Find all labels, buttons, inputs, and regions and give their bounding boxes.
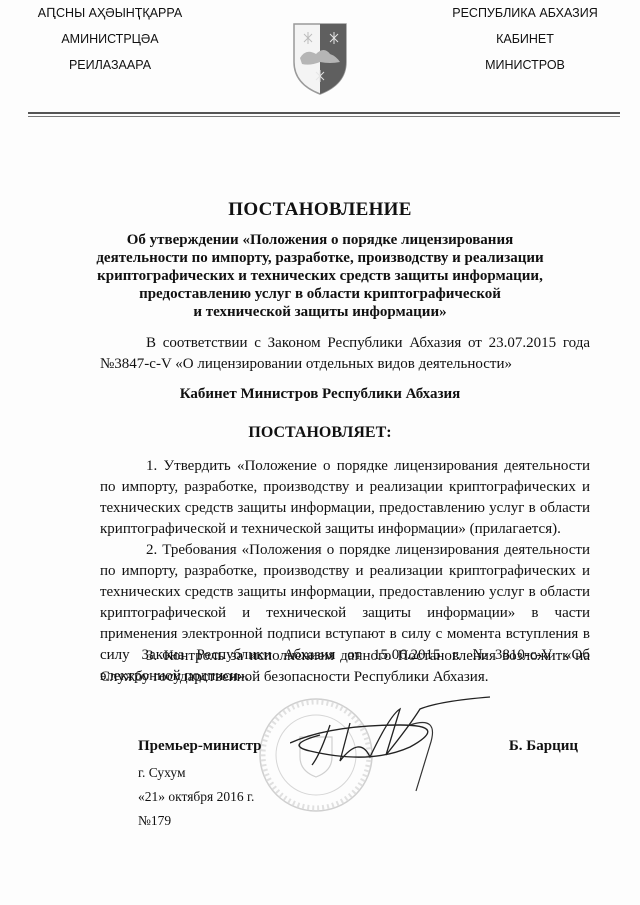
- document-number: №179: [138, 813, 171, 829]
- header-russian: РЕСПУБЛИКА АБХАЗИЯ КАБИНЕТ МИНИСТРОВ: [440, 5, 610, 83]
- subject-line: криптографических и технических средств …: [90, 267, 550, 285]
- document-subject: Об утверждении «Положения о порядке лице…: [90, 231, 550, 321]
- signatory-name: Б. Барциц: [509, 738, 578, 755]
- resolves-heading: ПОСТАНОВЛЯЕТ:: [0, 424, 640, 442]
- signature-icon: [290, 695, 510, 795]
- issuer: Кабинет Министров Республики Абхазия: [0, 386, 640, 403]
- preamble: В соответствии с Законом Республики Абха…: [100, 333, 590, 375]
- signatory-role: Премьер-министр: [138, 738, 262, 755]
- subject-line: предоставлению услуг в области криптогра…: [90, 285, 550, 303]
- header-right-line-3: МИНИСТРОВ: [440, 57, 610, 83]
- header-divider-secondary: [28, 116, 620, 117]
- header-left-line-3: РЕИЛАЗААРА: [30, 57, 190, 83]
- date: «21» октября 2016 г.: [138, 789, 254, 805]
- header-left-line-2: АМИНИСТРЦӘА: [30, 31, 190, 57]
- header-right-line-1: РЕСПУБЛИКА АБХАЗИЯ: [440, 5, 610, 31]
- coat-of-arms-icon: [290, 18, 350, 96]
- document-title: ПОСТАНОВЛЕНИЕ: [0, 199, 640, 221]
- subject-line: деятельности по импорту, разработке, про…: [90, 249, 550, 267]
- subject-line: и технической защиты информации»: [90, 303, 550, 321]
- item-3: 3. Контроль за исполнением данного Поста…: [100, 646, 590, 688]
- header-right-line-2: КАБИНЕТ: [440, 31, 610, 57]
- subject-line: Об утверждении «Положения о порядке лице…: [90, 231, 550, 249]
- header-abkhaz: АԤСНЫ АҲӘЫНҬҚАРРА АМИНИСТРЦӘА РЕИЛАЗААРА: [30, 5, 190, 83]
- document-page: АԤСНЫ АҲӘЫНҬҚАРРА АМИНИСТРЦӘА РЕИЛАЗААРА…: [0, 0, 640, 905]
- city: г. Сухум: [138, 765, 186, 781]
- header-left-line-1: АԤСНЫ АҲӘЫНҬҚАРРА: [30, 5, 190, 31]
- header-divider: [28, 112, 620, 114]
- item-1: 1. Утвердить «Положение о порядке лиценз…: [100, 456, 590, 540]
